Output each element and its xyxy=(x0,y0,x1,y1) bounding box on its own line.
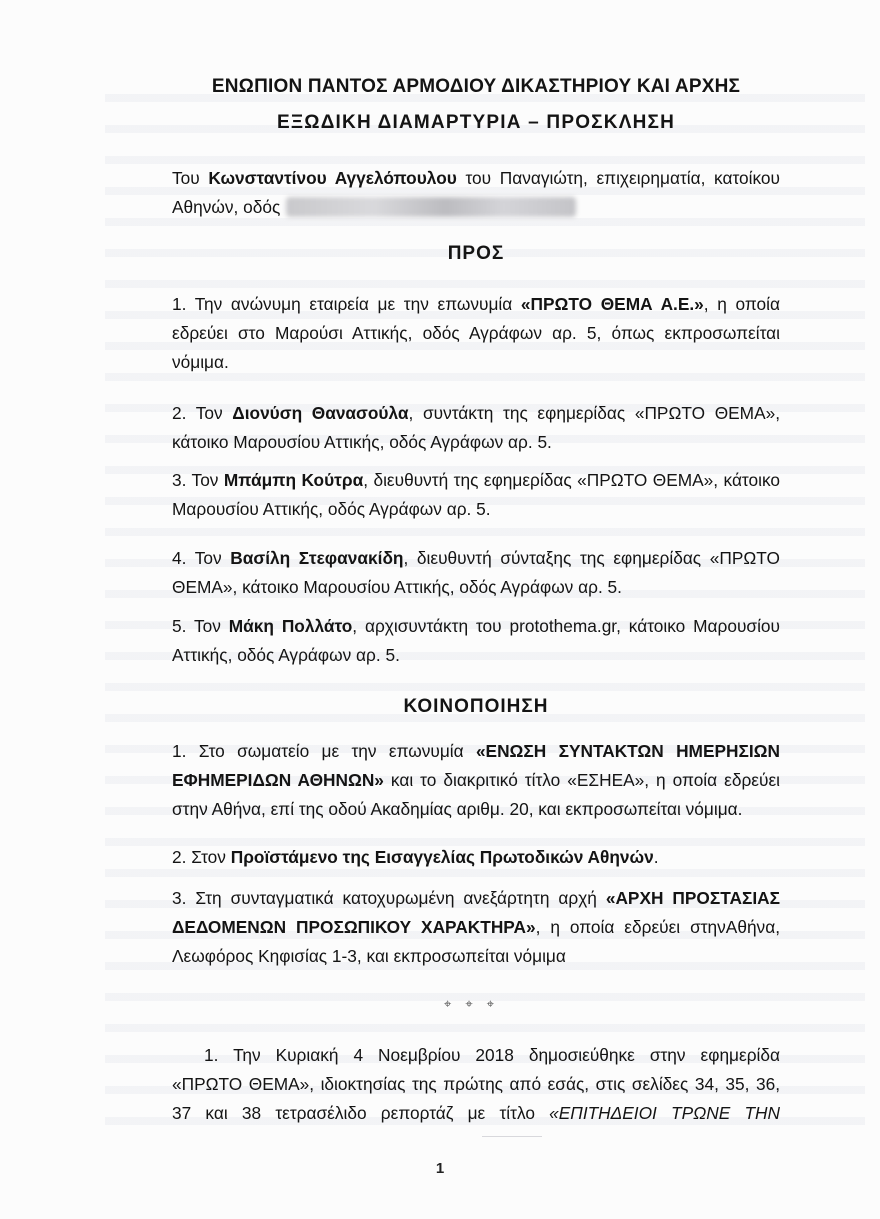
text-run: , διευθυντή σύνταξης της εφημερίδας «ΠΡΩ… xyxy=(404,548,781,568)
bold-text: «ΕΝΩΣΗ ΣΥΝΤΑΚΤΩΝ ΗΜΕΡΗΣΙΩΝ xyxy=(476,741,780,761)
text-run: Μαρουσίου Αττικής, οδός Αγράφων αρ. 5. xyxy=(172,499,491,519)
bleed-through-texture xyxy=(105,80,865,1130)
bold-text: «ΠΡΩΤΟ ΘΕΜΑ Α.Ε.» xyxy=(521,294,704,314)
recipient-line: νόμιμα. xyxy=(172,348,780,377)
document-title: ΕΞΩΔΙΚΗ ΔΙΑΜΑΡΤΥΡΙΑ – ΠΡΟΣΚΛΗΣΗ xyxy=(172,112,780,134)
text-run: και το διακριτικό τίτλο «ΕΣΗΕΑ», η οποία… xyxy=(384,770,780,790)
recipient-line: κάτοικο Μαρουσίου Αττικής, οδός Αγράφων … xyxy=(172,428,780,457)
recipient-line: 5. Τον Μάκη Πολλάτο, αρχισυντάκτη του pr… xyxy=(172,612,780,641)
bold-text: ΕΦΗΜΕΡΙΔΩΝ ΑΘΗΝΩΝ» xyxy=(172,770,384,790)
recipients-title: ΠΡΟΣ xyxy=(172,243,780,265)
sender-name: Κωνσταντίνου Αγγελόπουλου xyxy=(208,168,456,188)
body-line: 37 και 38 τετρασέλιδο ρεπορτάζ με τίτλο … xyxy=(172,1099,780,1128)
text-run: 5. Τον xyxy=(172,616,229,636)
text-run: 3. Τον xyxy=(172,470,224,490)
text-run: «ΠΡΩΤΟ ΘΕΜΑ», ιδιοκτησίας της πρώτης από… xyxy=(172,1074,780,1094)
recipient-line: 3. Τον Μπάμπη Κούτρα, διευθυντή της εφημ… xyxy=(172,466,780,495)
italic-text: «ΕΠΙΤΗΔΕΙΟΙ ΤΡΩΝΕ ΤΗΝ xyxy=(549,1103,780,1123)
document-page: ΕΝΩΠΙΟΝ ΠΑΝΤΟΣ ΑΡΜΟΔΙΟΥ ΔΙΚΑΣΤΗΡΙΟΥ ΚΑΙ … xyxy=(0,0,880,1219)
bold-text: Διονύση Θανασούλα xyxy=(232,403,408,423)
text-run: κάτοικο Μαρουσίου Αττικής, οδός Αγράφων … xyxy=(172,432,552,452)
notification-line: ΕΦΗΜΕΡΙΔΩΝ ΑΘΗΝΩΝ» και το διακριτικό τίτ… xyxy=(172,766,780,795)
text-run: 3. Στη συνταγματικά κατοχυρωμένη ανεξάρτ… xyxy=(172,888,606,908)
bold-text: ΔΕΔΟΜΕΝΩΝ ΠΡΟΣΩΠΙΚΟΥ ΧΑΡΑΚΤΗΡΑ» xyxy=(172,917,536,937)
recipient-line: 4. Τον Βασίλη Στεφανακίδη, διευθυντή σύν… xyxy=(172,544,780,573)
notification-item: 3. Στη συνταγματικά κατοχυρωμένη ανεξάρτ… xyxy=(172,884,780,971)
recipient-line: Αττικής, οδός Αγράφων αρ. 5. xyxy=(172,641,780,670)
recipient-item: 4. Τον Βασίλη Στεφανακίδη, διευθυντή σύν… xyxy=(172,544,780,602)
notification-line: 3. Στη συνταγματικά κατοχυρωμένη ανεξάρτ… xyxy=(172,884,780,913)
ornament-icon: ⌖ xyxy=(444,996,465,1011)
ornament-icon: ⌖ xyxy=(465,996,486,1011)
recipient-item: 5. Τον Μάκη Πολλάτο, αρχισυντάκτη του pr… xyxy=(172,612,780,670)
text-run: 1. Την Κυριακή 4 Νοεμβρίου 2018 δημοσιεύ… xyxy=(204,1045,780,1065)
notification-title: ΚΟΙΝΟΠΟΙΗΣΗ xyxy=(172,696,780,718)
sender-line-1: Του Κωνσταντίνου Αγγελόπουλου του Παναγι… xyxy=(172,164,780,193)
recipient-line: 1. Την ανώνυμη εταιρεία με την επωνυμία … xyxy=(172,290,780,319)
text-run: 4. Τον xyxy=(172,548,230,568)
court-heading: ΕΝΩΠΙΟΝ ΠΑΝΤΟΣ ΑΡΜΟΔΙΟΥ ΔΙΚΑΣΤΗΡΙΟΥ ΚΑΙ … xyxy=(172,76,780,98)
ornament-icon: ⌖ xyxy=(487,996,508,1011)
notification-item: 1. Στο σωματείο με την επωνυμία «ΕΝΩΣΗ Σ… xyxy=(172,737,780,824)
text-run: , συντάκτη της εφημερίδας «ΠΡΩΤΟ ΘΕΜΑ», xyxy=(409,403,780,423)
text-run: . xyxy=(654,847,659,867)
text-run: ΘΕΜΑ», κάτοικο Μαρουσίου Αττικής, οδός Α… xyxy=(172,577,622,597)
recipient-line: 2. Τον Διονύση Θανασούλα, συντάκτη της ε… xyxy=(172,399,780,428)
text-run: 37 και 38 τετρασέλιδο ρεπορτάζ με τίτλο xyxy=(172,1103,549,1123)
footnote-rule xyxy=(482,1136,542,1137)
recipient-line: Μαρουσίου Αττικής, οδός Αγράφων αρ. 5. xyxy=(172,495,780,524)
recipient-item: 3. Τον Μπάμπη Κούτρα, διευθυντή της εφημ… xyxy=(172,466,780,524)
notification-item: 2. Στον Προϊστάμενο της Εισαγγελίας Πρωτ… xyxy=(172,843,780,872)
body-paragraph: 1. Την Κυριακή 4 Νοεμβρίου 2018 δημοσιεύ… xyxy=(172,1041,780,1128)
text-run: 1. Την ανώνυμη εταιρεία με την επωνυμία xyxy=(172,294,521,314)
recipient-line: εδρεύει στο Μαρούσι Αττικής, οδός Αγράφω… xyxy=(172,319,780,348)
text-run: 2. Τον xyxy=(172,403,232,423)
notification-line: ΔΕΔΟΜΕΝΩΝ ΠΡΟΣΩΠΙΚΟΥ ΧΑΡΑΚΤΗΡΑ», η οποία… xyxy=(172,913,780,942)
bold-text: Βασίλη Στεφανακίδη xyxy=(230,548,403,568)
sender-line-2: Αθηνών, οδός xyxy=(172,193,780,222)
recipient-item: 2. Τον Διονύση Θανασούλα, συντάκτη της ε… xyxy=(172,399,780,457)
notification-line: 2. Στον Προϊστάμενο της Εισαγγελίας Πρωτ… xyxy=(172,843,780,872)
notification-line: 1. Στο σωματείο με την επωνυμία «ΕΝΩΣΗ Σ… xyxy=(172,737,780,766)
notification-line: στην Αθήνα, επί της οδού Ακαδημίας αριθμ… xyxy=(172,795,780,824)
bold-text: Μπάμπη Κούτρα xyxy=(224,470,363,490)
sender-address-prefix: Αθηνών, οδός xyxy=(172,197,280,217)
redacted-address xyxy=(286,197,576,217)
text-run: εδρεύει στο Μαρούσι Αττικής, οδός Αγράφω… xyxy=(172,323,780,343)
text-run: , διευθυντή της εφημερίδας «ΠΡΩΤΟ ΘΕΜΑ»,… xyxy=(363,470,780,490)
sender-details: του Παναγιώτη, επιχειρηματία, κατοίκου xyxy=(465,168,780,188)
sender-prefix: Του xyxy=(172,168,200,188)
text-run: 2. Στον xyxy=(172,847,231,867)
text-run: στην Αθήνα, επί της οδού Ακαδημίας αριθμ… xyxy=(172,799,742,819)
text-run: , η οποία εδρεύει στηνΑθήνα, xyxy=(536,917,780,937)
text-run: , αρχισυντάκτη του protothema.gr, κάτοικ… xyxy=(352,616,780,636)
body-line: «ΠΡΩΤΟ ΘΕΜΑ», ιδιοκτησίας της πρώτης από… xyxy=(172,1070,780,1099)
bold-text: «ΑΡΧΗ ΠΡΟΣΤΑΣΙΑΣ xyxy=(606,888,780,908)
sender-paragraph: Του Κωνσταντίνου Αγγελόπουλου του Παναγι… xyxy=(172,164,780,222)
bold-text: Μάκη Πολλάτο xyxy=(229,616,353,636)
recipient-line: ΘΕΜΑ», κάτοικο Μαρουσίου Αττικής, οδός Α… xyxy=(172,573,780,602)
text-run: , η οποία xyxy=(704,294,780,314)
bold-text: Προϊστάμενο της Εισαγγελίας Πρωτοδικών Α… xyxy=(231,847,654,867)
page-number: 1 xyxy=(0,1160,880,1177)
body-line: 1. Την Κυριακή 4 Νοεμβρίου 2018 δημοσιεύ… xyxy=(172,1041,780,1070)
text-run: νόμιμα. xyxy=(172,352,229,372)
ornament-divider: ⌖⌖⌖ xyxy=(172,996,780,1012)
text-run: 1. Στο σωματείο με την επωνυμία xyxy=(172,741,476,761)
notification-line: Λεωφόρος Κηφισίας 1-3, και εκπροσωπείται… xyxy=(172,942,780,971)
text-run: Λεωφόρος Κηφισίας 1-3, και εκπροσωπείται… xyxy=(172,946,566,966)
recipient-item: 1. Την ανώνυμη εταιρεία με την επωνυμία … xyxy=(172,290,780,377)
text-run: Αττικής, οδός Αγράφων αρ. 5. xyxy=(172,645,400,665)
